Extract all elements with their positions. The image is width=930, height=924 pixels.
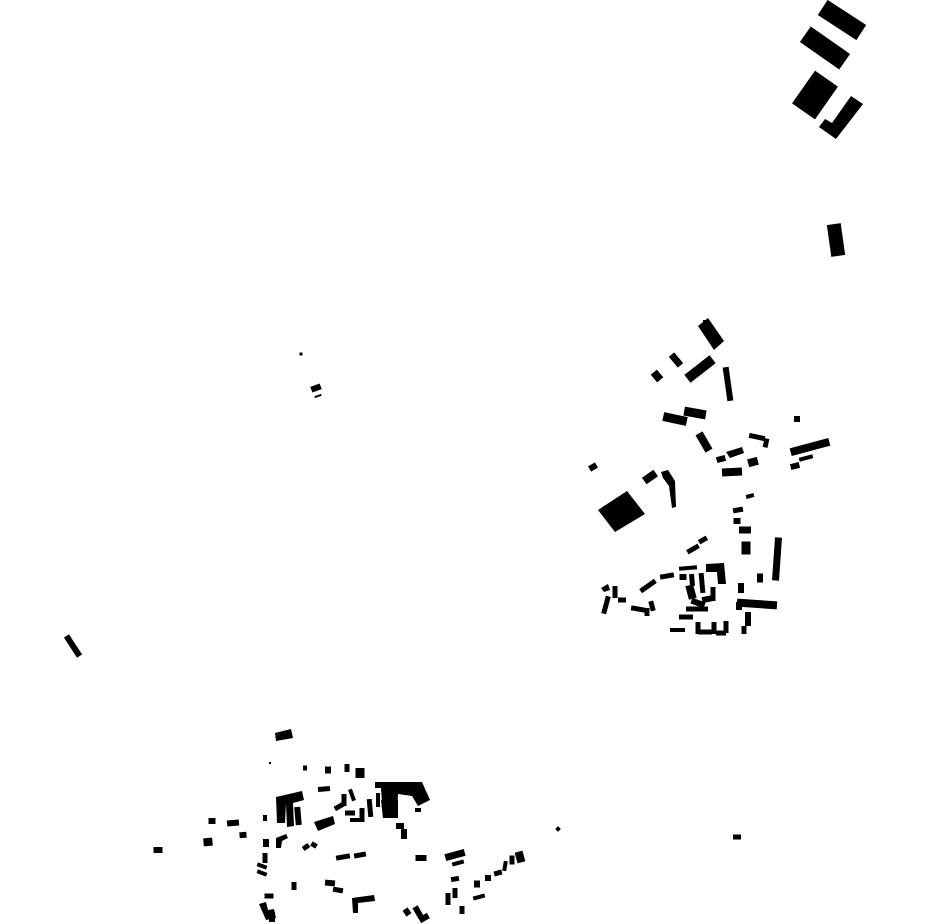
- building-footprint: [679, 615, 693, 620]
- building-footprint: [376, 793, 380, 807]
- building-footprint: [742, 542, 751, 555]
- building-footprint: [415, 808, 421, 812]
- building-footprint: [396, 823, 404, 829]
- building-footprint: [350, 818, 362, 822]
- building-footprint: [722, 467, 742, 476]
- building-footprint: [279, 804, 285, 822]
- building-footprint: [381, 800, 398, 818]
- building-footprint: [453, 888, 458, 898]
- building-footprint: [613, 586, 618, 598]
- building-footprint: [263, 853, 268, 863]
- building-footprint: [345, 811, 355, 816]
- building-footprint: [794, 416, 800, 422]
- map-canvas: [0, 0, 930, 924]
- building-footprint: [318, 786, 330, 792]
- building-footprint: [734, 518, 741, 524]
- building-footprint: [416, 855, 427, 861]
- building-footprint: [154, 847, 163, 853]
- building-footprint: [686, 607, 708, 612]
- building-footprint: [733, 835, 741, 840]
- building-footprint: [325, 880, 335, 887]
- building-footprint: [203, 838, 213, 847]
- building-footprint: [645, 608, 650, 616]
- building-footprint: [680, 574, 687, 580]
- building-footprint: [745, 612, 751, 626]
- building-footprint: [670, 628, 685, 632]
- building-footprint: [716, 631, 726, 636]
- building-footprint: [698, 630, 712, 635]
- building-footprint: [263, 839, 269, 847]
- building-footprint: [239, 832, 246, 839]
- building-footprint: [689, 574, 695, 586]
- building-footprint: [446, 893, 451, 905]
- building-footprint: [227, 819, 239, 826]
- building-footprint: [711, 587, 716, 601]
- building-footprint: [460, 906, 465, 914]
- building-footprint: [303, 766, 307, 771]
- building-footprint: [269, 912, 275, 922]
- building-footprint: [474, 881, 480, 888]
- building-footprint: [292, 882, 297, 890]
- building-footprint: [209, 818, 216, 824]
- building-footprint: [712, 622, 717, 634]
- building-footprint: [325, 767, 331, 774]
- building-footprint: [263, 815, 267, 821]
- building-footprint: [739, 527, 751, 534]
- building-footprint: [618, 598, 626, 603]
- figure-ground-map: [0, 0, 930, 924]
- building-footprint: [265, 894, 274, 899]
- building-footprint: [300, 353, 303, 356]
- building-footprint: [510, 856, 515, 865]
- building-footprint: [269, 762, 271, 764]
- map-background: [0, 0, 930, 924]
- building-footprint: [342, 794, 347, 806]
- building-footprint: [742, 626, 747, 634]
- building-footprint: [757, 574, 763, 583]
- building-footprint: [738, 583, 744, 593]
- building-footprint: [401, 829, 407, 839]
- building-footprint: [736, 602, 742, 610]
- building-footprint: [703, 320, 709, 326]
- building-footprint: [485, 875, 491, 881]
- building-footprint: [356, 768, 365, 778]
- building-footprint: [345, 764, 350, 772]
